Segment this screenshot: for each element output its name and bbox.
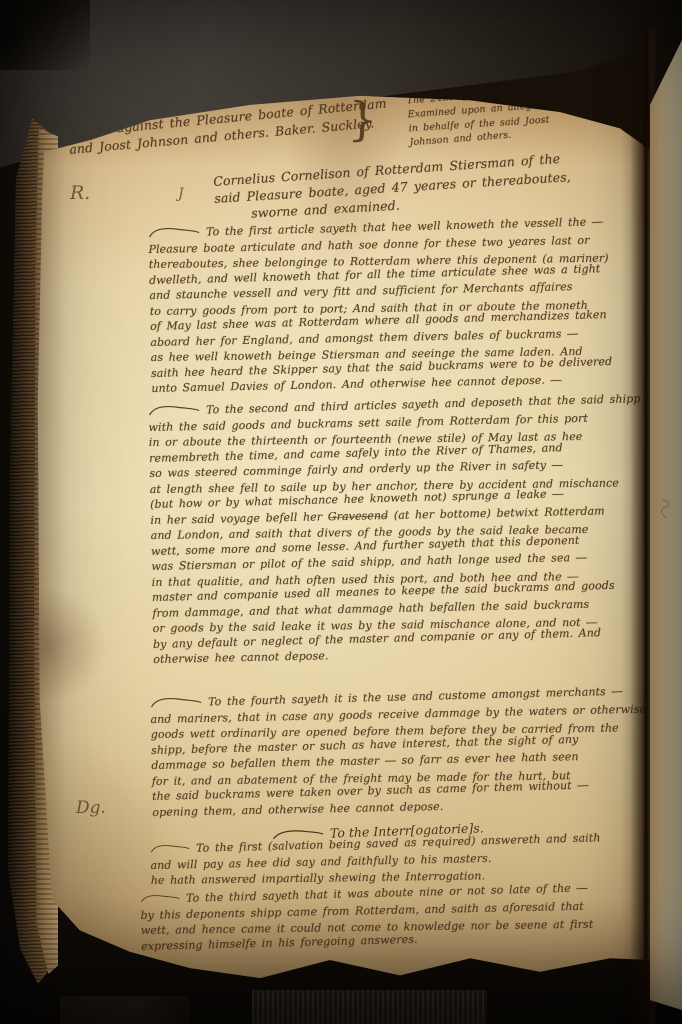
- case-brace: }: [347, 92, 378, 147]
- margin-mark-r: R.: [70, 182, 90, 204]
- margin-mark-j: J: [178, 186, 184, 202]
- paragraph-flourish-icon: [150, 696, 202, 709]
- background-shadow: [0, 0, 90, 70]
- deposition-paragraph-2: To the second and third articles sayeth …: [148, 394, 646, 668]
- right-facing-page: [650, 28, 682, 1024]
- left-manuscript-page: Davies against the Pleasure boate of Rot…: [36, 86, 652, 988]
- deposition-paragraph-3: To the fourth sayeth it is the use and c…: [150, 686, 648, 820]
- floor-carpet-patch: [252, 990, 487, 1024]
- paragraph-flourish-icon: [140, 892, 180, 905]
- paragraph-flourish-icon: [148, 226, 200, 239]
- deposition-paragraph-1: To the first article sayeth that hee wel…: [148, 216, 613, 396]
- show-through-ink-mark: [655, 497, 674, 522]
- date-block: The 24th of June 1617. Examined upon an …: [406, 82, 592, 151]
- manuscript-photo: Davies against the Pleasure boate of Rot…: [0, 0, 682, 1024]
- interrogatory-answers: To the first (salvation being saved as r…: [150, 833, 601, 889]
- paragraph-flourish-icon: [148, 404, 200, 417]
- floor-shadow: [60, 996, 190, 1024]
- deponent-heading: Cornelius Cornelison of Rotterdam Stiers…: [213, 151, 572, 224]
- final-paragraph: To the third sayeth that it was aboute n…: [140, 883, 594, 954]
- paragraph-flourish-icon: [150, 842, 190, 855]
- margin-mark-dg: Dg.: [76, 798, 106, 818]
